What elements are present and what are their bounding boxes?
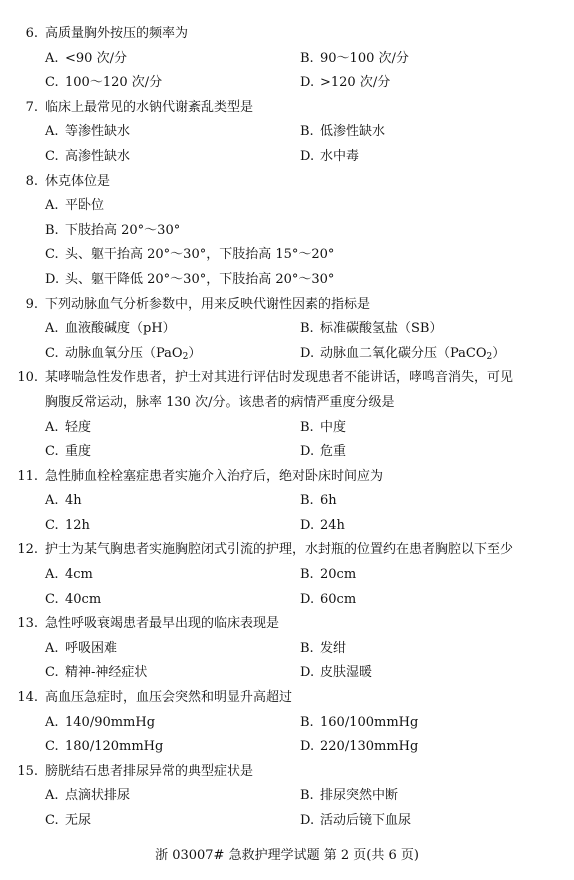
option-a: A.点滴状排尿 — [45, 784, 130, 809]
question-number: 13. — [0, 612, 42, 637]
option-letter: A. — [45, 416, 65, 441]
option-text: 220/130mmHg — [320, 739, 418, 754]
option-text-suffix: ） — [492, 346, 505, 361]
option-text: 排尿突然中断 — [320, 788, 398, 803]
option-d: D.>120 次/分 — [300, 71, 390, 96]
option-letter: B. — [300, 563, 320, 588]
option-letter: B. — [300, 784, 320, 809]
option-b: B.标准碳酸氢盐（SB） — [300, 317, 442, 342]
option-a: A.呼吸困难 — [45, 637, 117, 662]
option-text: 100～120 次/分 — [65, 75, 162, 90]
option-a: A.4cm — [45, 563, 93, 588]
option-letter: C. — [45, 440, 65, 465]
option-letter: A. — [45, 563, 65, 588]
option-text: 高渗性缺水 — [65, 149, 130, 164]
option-letter: D. — [300, 661, 320, 686]
option-d: D.活动后镜下血尿 — [300, 809, 411, 834]
option-c: C.40cm — [45, 588, 101, 613]
option-letter: A. — [45, 784, 65, 809]
options-row: A.<90 次/分B.90～100 次/分 — [0, 47, 574, 72]
question-9: 9.下列动脉血气分析参数中，用来反映代谢性因素的指标是A.血液酸碱度（pH）B.… — [0, 293, 574, 367]
option-text: 皮肤湿暖 — [320, 665, 372, 680]
question-stem-line: 10.某哮喘急性发作患者，护士对其进行评估时发现患者不能讲话，哮鸣音消失，可见 — [0, 366, 574, 391]
option-letter: D. — [300, 514, 320, 539]
exam-page: 6.高质量胸外按压的频率为A.<90 次/分B.90～100 次/分C.100～… — [0, 22, 574, 834]
question-stem-line: 14.高血压急症时，血压会突然和明显升高超过 — [0, 686, 574, 711]
option-text: 60cm — [320, 592, 356, 607]
option-text: 4h — [65, 493, 82, 508]
question-10: 10.某哮喘急性发作患者，护士对其进行评估时发现患者不能讲话，哮鸣音消失，可见胸… — [0, 366, 574, 464]
option-c: C.无尿 — [45, 809, 91, 834]
options-row: A.4cmB.20cm — [0, 563, 574, 588]
option-text: 12h — [65, 518, 90, 533]
option-d: D.60cm — [300, 588, 356, 613]
option-letter: B. — [300, 489, 320, 514]
option-text: 重度 — [65, 444, 91, 459]
option-text: 20cm — [320, 567, 356, 582]
option-letter: D. — [300, 588, 320, 613]
question-number: 9. — [0, 293, 42, 318]
option-b: B.低渗性缺水 — [300, 120, 385, 145]
option-letter: B. — [300, 120, 320, 145]
option-text: 危重 — [320, 444, 346, 459]
option-letter: C. — [45, 809, 65, 834]
option-text: 40cm — [65, 592, 101, 607]
option-text: 4cm — [65, 567, 93, 582]
options-row: A.等渗性缺水B.低渗性缺水 — [0, 120, 574, 145]
option-text: 头、躯干抬高 20°～30°，下肢抬高 15°～20° — [65, 247, 334, 262]
option-letter: D. — [300, 145, 320, 170]
option-letter: A. — [45, 637, 65, 662]
option-c: C.高渗性缺水 — [45, 145, 130, 170]
option-letter: A. — [45, 194, 65, 219]
option-c: C.动脉血氧分压（PaO2） — [45, 342, 201, 367]
option-letter: B. — [45, 219, 65, 244]
option-text: 6h — [320, 493, 337, 508]
option-letter: C. — [45, 71, 65, 96]
option-a: A.等渗性缺水 — [45, 120, 130, 145]
options-row: C.精神-神经症状D.皮肤湿暖 — [0, 661, 574, 686]
question-stem-line: 13.急性呼吸衰竭患者最早出现的临床表现是 — [0, 612, 574, 637]
option-b: B.90～100 次/分 — [300, 47, 409, 72]
option-letter: C. — [45, 342, 65, 367]
options-row: A.轻度B.中度 — [0, 416, 574, 441]
question-number: 8. — [0, 170, 42, 195]
option-d: D.水中毒 — [300, 145, 359, 170]
options-row: C.无尿D.活动后镜下血尿 — [0, 809, 574, 834]
option-letter: B. — [300, 637, 320, 662]
options-row: C.动脉血氧分压（PaO2）D.动脉血二氧化碳分压（PaCO2） — [0, 342, 574, 367]
option-letter: D. — [300, 735, 320, 760]
option-a: A.血液酸碱度（pH） — [45, 317, 176, 342]
option-letter: A. — [45, 711, 65, 736]
question-13: 13.急性呼吸衰竭患者最早出现的临床表现是A.呼吸困难B.发绀C.精神-神经症状… — [0, 612, 574, 686]
question-stem-line: 8.休克体位是 — [0, 170, 574, 195]
question-text: 膀胱结石患者排尿异常的典型症状是 — [45, 760, 253, 785]
option-text-suffix: ） — [188, 346, 201, 361]
option-text: 下肢抬高 20°～30° — [65, 223, 180, 238]
option-letter: A. — [45, 489, 65, 514]
question-number: 14. — [0, 686, 42, 711]
option-a: A.轻度 — [45, 416, 91, 441]
option-text: 头、躯干降低 20°～30°，下肢抬高 20°～30° — [65, 272, 334, 287]
option-letter: B. — [300, 317, 320, 342]
option-letter: A. — [45, 317, 65, 342]
option-letter: C. — [45, 145, 65, 170]
option-text: <90 次/分 — [65, 51, 127, 66]
question-text: 高质量胸外按压的频率为 — [45, 22, 188, 47]
options-row: A.点滴状排尿B.排尿突然中断 — [0, 784, 574, 809]
question-stem-line: 15.膀胱结石患者排尿异常的典型症状是 — [0, 760, 574, 785]
option-text: 90～100 次/分 — [320, 51, 409, 66]
option-c: C.12h — [45, 514, 90, 539]
option-text: >120 次/分 — [320, 75, 390, 90]
option-letter: D. — [45, 268, 65, 293]
option-text: 水中毒 — [320, 149, 359, 164]
option-text: 点滴状排尿 — [65, 788, 130, 803]
options-row: C.头、躯干抬高 20°～30°，下肢抬高 15°～20° — [0, 243, 574, 268]
options-row: C.12hD.24h — [0, 514, 574, 539]
option-b: B.160/100mmHg — [300, 711, 418, 736]
question-text: 急性肺血栓栓塞症患者实施介入治疗后，绝对卧床时间应为 — [45, 465, 383, 490]
options-row: C.100～120 次/分D.>120 次/分 — [0, 71, 574, 96]
question-text: 护士为某气胸患者实施胸腔闭式引流的护理，水封瓶的位置约在患者胸腔以下至少 — [45, 538, 513, 563]
option-letter: D. — [300, 440, 320, 465]
question-text: 某哮喘急性发作患者，护士对其进行评估时发现患者不能讲话，哮鸣音消失，可见 — [45, 366, 513, 391]
option-text: 动脉血氧分压（PaO — [65, 346, 183, 361]
option-text: 标准碳酸氢盐（SB） — [320, 321, 442, 336]
question-15: 15.膀胱结石患者排尿异常的典型症状是A.点滴状排尿B.排尿突然中断C.无尿D.… — [0, 760, 574, 834]
question-text: 急性呼吸衰竭患者最早出现的临床表现是 — [45, 612, 279, 637]
question-stem-line: 12.护士为某气胸患者实施胸腔闭式引流的护理，水封瓶的位置约在患者胸腔以下至少 — [0, 538, 574, 563]
option-text: 血液酸碱度（pH） — [65, 321, 176, 336]
options-row: A.血液酸碱度（pH）B.标准碳酸氢盐（SB） — [0, 317, 574, 342]
question-stem-line: 6.高质量胸外按压的频率为 — [0, 22, 574, 47]
option-c: C.100～120 次/分 — [45, 71, 162, 96]
option-letter: C. — [45, 661, 65, 686]
option-text: 轻度 — [65, 420, 91, 435]
options-row: C.高渗性缺水D.水中毒 — [0, 145, 574, 170]
option-text: 中度 — [320, 420, 346, 435]
option-letter: B. — [300, 711, 320, 736]
option-d: D.220/130mmHg — [300, 735, 418, 760]
option-text: 呼吸困难 — [65, 641, 117, 656]
option-letter: C. — [45, 514, 65, 539]
option-d: D.危重 — [300, 440, 346, 465]
question-6: 6.高质量胸外按压的频率为A.<90 次/分B.90～100 次/分C.100～… — [0, 22, 574, 96]
question-text: 胸腹反常运动，脉率 130 次/分。该患者的病情严重度分级是 — [45, 391, 394, 416]
option-text: 180/120mmHg — [65, 739, 163, 754]
option-text: 动脉血二氧化碳分压（PaCO — [320, 346, 487, 361]
option-a: A.<90 次/分 — [45, 47, 127, 72]
option-d: D.皮肤湿暖 — [300, 661, 372, 686]
option-letter: D. — [300, 71, 320, 96]
option-letter: C. — [45, 243, 65, 268]
option-letter: D. — [300, 809, 320, 834]
question-number: 7. — [0, 96, 42, 121]
question-stem-line: 胸腹反常运动，脉率 130 次/分。该患者的病情严重度分级是 — [0, 391, 574, 416]
options-row: A.平卧位 — [0, 194, 574, 219]
options-row: A.4hB.6h — [0, 489, 574, 514]
option-text: 发绀 — [320, 641, 346, 656]
option-letter: C. — [45, 588, 65, 613]
option-text: 精神-神经症状 — [65, 665, 147, 680]
option-b: B.6h — [300, 489, 337, 514]
option-letter: A. — [45, 120, 65, 145]
question-number: 6. — [0, 22, 42, 47]
question-number: 10. — [0, 366, 42, 391]
question-number: 12. — [0, 538, 42, 563]
options-row: C.重度D.危重 — [0, 440, 574, 465]
option-text: 无尿 — [65, 813, 91, 828]
option-b: B.20cm — [300, 563, 356, 588]
option-letter: C. — [45, 735, 65, 760]
question-stem-line: 7.临床上最常见的水钠代谢紊乱类型是 — [0, 96, 574, 121]
question-number: 11. — [0, 465, 42, 490]
option-a: A.140/90mmHg — [45, 711, 155, 736]
option-d: D.头、躯干降低 20°～30°，下肢抬高 20°～30° — [45, 268, 334, 293]
option-letter: B. — [300, 47, 320, 72]
question-8: 8.休克体位是A.平卧位B.下肢抬高 20°～30°C.头、躯干抬高 20°～3… — [0, 170, 574, 293]
option-text: 140/90mmHg — [65, 715, 155, 730]
question-text: 高血压急症时，血压会突然和明显升高超过 — [45, 686, 292, 711]
question-number: 15. — [0, 760, 42, 785]
question-7: 7.临床上最常见的水钠代谢紊乱类型是A.等渗性缺水B.低渗性缺水C.高渗性缺水D… — [0, 96, 574, 170]
question-stem-line: 9.下列动脉血气分析参数中，用来反映代谢性因素的指标是 — [0, 293, 574, 318]
options-row: A.呼吸困难B.发绀 — [0, 637, 574, 662]
option-text: 平卧位 — [65, 198, 104, 213]
option-b: B.发绀 — [300, 637, 346, 662]
option-b: B.下肢抬高 20°～30° — [45, 219, 180, 244]
options-row: B.下肢抬高 20°～30° — [0, 219, 574, 244]
option-d: D.24h — [300, 514, 345, 539]
option-letter: A. — [45, 47, 65, 72]
option-c: C.重度 — [45, 440, 91, 465]
option-b: B.排尿突然中断 — [300, 784, 398, 809]
option-text: 低渗性缺水 — [320, 124, 385, 139]
options-row: C.180/120mmHgD.220/130mmHg — [0, 735, 574, 760]
question-stem-line: 11.急性肺血栓栓塞症患者实施介入治疗后，绝对卧床时间应为 — [0, 465, 574, 490]
question-11: 11.急性肺血栓栓塞症患者实施介入治疗后，绝对卧床时间应为A.4hB.6hC.1… — [0, 465, 574, 539]
question-14: 14.高血压急症时，血压会突然和明显升高超过A.140/90mmHgB.160/… — [0, 686, 574, 760]
option-d: D.动脉血二氧化碳分压（PaCO2） — [300, 342, 505, 367]
option-letter: D. — [300, 342, 320, 367]
option-text: 活动后镜下血尿 — [320, 813, 411, 828]
option-text: 160/100mmHg — [320, 715, 418, 730]
option-a: A.4h — [45, 489, 82, 514]
option-b: B.中度 — [300, 416, 346, 441]
option-c: C.180/120mmHg — [45, 735, 163, 760]
options-row: A.140/90mmHgB.160/100mmHg — [0, 711, 574, 736]
question-text: 下列动脉血气分析参数中，用来反映代谢性因素的指标是 — [45, 293, 370, 318]
options-row: D.头、躯干降低 20°～30°，下肢抬高 20°～30° — [0, 268, 574, 293]
option-letter: B. — [300, 416, 320, 441]
option-c: C.头、躯干抬高 20°～30°，下肢抬高 15°～20° — [45, 243, 334, 268]
page-footer: 浙 03007# 急救护理学试题 第 2 页(共 6 页) — [0, 844, 574, 863]
option-text: 等渗性缺水 — [65, 124, 130, 139]
options-row: C.40cmD.60cm — [0, 588, 574, 613]
question-12: 12.护士为某气胸患者实施胸腔闭式引流的护理，水封瓶的位置约在患者胸腔以下至少A… — [0, 538, 574, 612]
question-text: 临床上最常见的水钠代谢紊乱类型是 — [45, 96, 253, 121]
question-text: 休克体位是 — [45, 170, 110, 195]
option-text: 24h — [320, 518, 345, 533]
option-a: A.平卧位 — [45, 194, 104, 219]
option-c: C.精神-神经症状 — [45, 661, 147, 686]
